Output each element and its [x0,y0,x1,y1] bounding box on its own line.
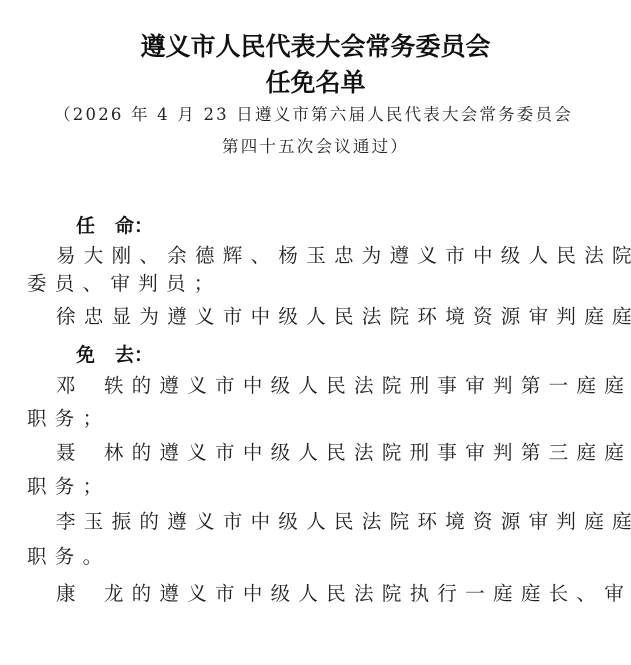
remove-item-2-text: 的遵义市中级人民法院刑事审判第三庭庭长、审判员 [132,441,631,464]
appoint-heading: 任命： [76,214,153,238]
appoint-heading-char2: 命： [115,215,153,237]
remove-item-2-line1: 聂林的遵义市中级人民法院刑事审判第三庭庭长、审判员 [56,440,631,466]
remove-heading: 免去： [76,343,153,367]
remove-item-2-line2: 职务； [27,474,110,500]
remove-item-4-name-char1: 康 [56,582,84,605]
remove-item-3-line1: 李玉振的遵义市中级人民法院环境资源审判庭庭长、审判员 [56,509,631,535]
appoint-heading-char1: 任 [76,215,95,237]
document-title-line1: 遵义市人民代表大会常务委员会 [0,32,631,62]
remove-item-2-name-char2: 林 [104,441,132,464]
remove-item-2-name-char1: 聂 [56,441,84,464]
remove-item-4-name-char2: 龙 [104,582,132,605]
appoint-item-2-line1: 徐忠显为遵义市中级人民法院环境资源审判庭庭长。 [56,304,631,330]
appoint-item-1-line1: 易大刚、余德辉、杨玉忠为遵义市中级人民法院审判委员会 [56,243,631,269]
remove-item-4-line1: 康龙的遵义市中级人民法院执行一庭庭长、审判员职务。 [56,581,631,607]
remove-item-1-name-char2: 轶 [104,374,132,397]
appoint-item-1-line2: 委员、审判员； [27,271,222,297]
remove-item-1-line1: 邓轶的遵义市中级人民法院刑事审判第一庭庭长、审判员 [56,373,631,399]
remove-heading-char2: 去： [115,344,153,366]
document-subtitle-line2: 第四十五次会议通过） [0,136,631,158]
remove-item-3-line2: 职务。 [27,544,110,570]
remove-item-1-name-char1: 邓 [56,374,84,397]
remove-item-1-text: 的遵义市中级人民法院刑事审判第一庭庭长、审判员 [132,374,631,397]
document-title-line2: 任免名单 [0,68,631,98]
remove-heading-char1: 免 [76,344,95,366]
remove-item-1-line2: 职务； [27,406,110,432]
document-subtitle-line1: （2026 年 4 月 23 日遵义市第六届人民代表大会常务委员会 [0,104,629,126]
remove-item-4-text: 的遵义市中级人民法院执行一庭庭长、审判员职务。 [132,582,631,605]
document-page: 遵义市人民代表大会常务委员会 任免名单 （2026 年 4 月 23 日遵义市第… [0,0,631,665]
